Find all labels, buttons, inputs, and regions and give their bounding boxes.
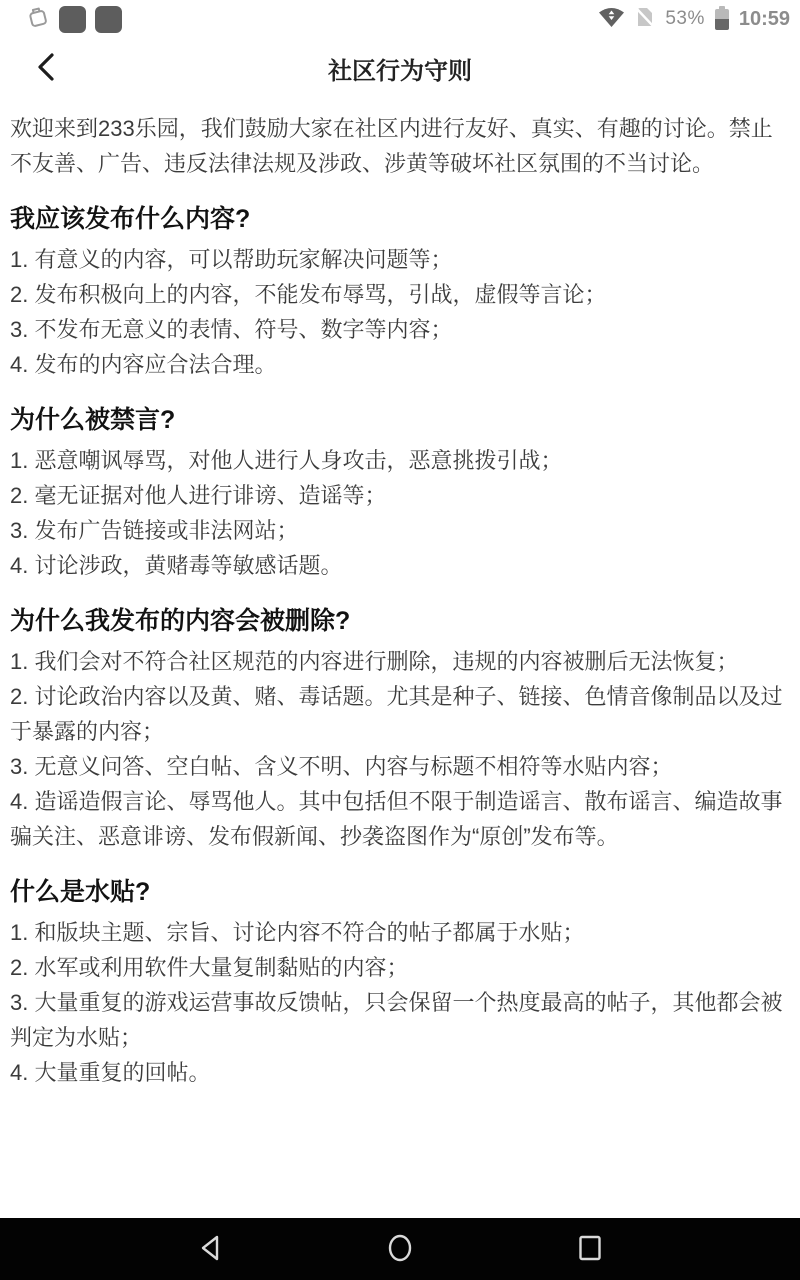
android-recents-button[interactable]: [576, 1235, 604, 1263]
no-sim-icon: [633, 5, 657, 34]
rule-item: 3. 大量重复的游戏运营事故反馈帖，只会保留一个热度最高的帖子，其他都会被判定为…: [10, 985, 790, 1055]
rule-item: 1. 有意义的内容，可以帮助玩家解决问题等；: [10, 242, 790, 277]
section-why-muted: 为什么被禁言? 1. 恶意嘲讽辱骂，对他人进行人身攻击，恶意挑拨引战； 2. 毫…: [10, 403, 790, 583]
page-title: 社区行为守则: [328, 51, 472, 86]
android-back-button[interactable]: [196, 1235, 224, 1263]
rule-item: 2. 讨论政治内容以及黄、赌、毒话题。尤其是种子、链接、色情音像制品以及过于暴露…: [10, 679, 790, 749]
rule-item: 2. 毫无证据对他人进行诽谤、造谣等；: [10, 478, 790, 513]
android-nav-bar: [0, 1218, 800, 1280]
rule-item: 2. 水军或利用软件大量复制黏贴的内容；: [10, 950, 790, 985]
section-heading: 为什么被禁言?: [10, 403, 790, 438]
clipboard-outline-icon: [26, 4, 50, 35]
app-header: 社区行为守则: [0, 36, 800, 100]
intro-paragraph: 欢迎来到233乐园，我们鼓励大家在社区内进行友好、真实、有趣的讨论。禁止不友善、…: [10, 111, 790, 181]
android-back-icon: [198, 1235, 222, 1264]
rule-item: 1. 和版块主题、宗旨、讨论内容不符合的帖子都属于水贴；: [10, 915, 790, 950]
back-arrow-icon: [35, 51, 57, 86]
android-recents-icon: [578, 1234, 602, 1265]
battery-icon: [715, 9, 729, 30]
rules-content: 欢迎来到233乐园，我们鼓励大家在社区内进行友好、真实、有趣的讨论。禁止不友善、…: [0, 100, 800, 1090]
rule-item: 2. 发布积极向上的内容，不能发布辱骂，引战，虚假等言论；: [10, 277, 790, 312]
status-bar: 53% 10:59: [0, 0, 800, 36]
app-notification-icon: [95, 6, 122, 33]
rule-item: 4. 发布的内容应合法合理。: [10, 347, 790, 382]
section-heading: 什么是水贴?: [10, 875, 790, 910]
rule-item: 4. 造谣造假言论、辱骂他人。其中包括但不限于制造谣言、散布谣言、编造故事骗关注…: [10, 784, 790, 854]
wifi-icon: [598, 5, 625, 34]
app-notification-icon: [59, 6, 86, 33]
rule-item: 3. 发布广告链接或非法网站；: [10, 513, 790, 548]
android-home-button[interactable]: [386, 1235, 414, 1263]
rule-item: 3. 无意义问答、空白帖、含义不明、内容与标题不相符等水贴内容；: [10, 749, 790, 784]
battery-percent-label: 53%: [665, 8, 705, 30]
android-home-icon: [388, 1234, 412, 1265]
status-time: 10:59: [739, 8, 790, 31]
status-bar-notifications: [26, 4, 122, 35]
section-what-is-spam: 什么是水贴? 1. 和版块主题、宗旨、讨论内容不符合的帖子都属于水贴； 2. 水…: [10, 875, 790, 1090]
section-heading: 为什么我发布的内容会被删除?: [10, 604, 790, 639]
section-heading: 我应该发布什么内容?: [10, 202, 790, 237]
rule-item: 3. 不发布无意义的表情、符号、数字等内容；: [10, 312, 790, 347]
status-bar-system: 53% 10:59: [598, 5, 790, 34]
section-why-deleted: 为什么我发布的内容会被删除? 1. 我们会对不符合社区规范的内容进行删除，违规的…: [10, 604, 790, 854]
rule-item: 4. 讨论涉政，黄赌毒等敏感话题。: [10, 548, 790, 583]
section-what-to-post: 我应该发布什么内容? 1. 有意义的内容，可以帮助玩家解决问题等； 2. 发布积…: [10, 202, 790, 382]
rule-item: 1. 我们会对不符合社区规范的内容进行删除，违规的内容被删后无法恢复；: [10, 644, 790, 679]
rule-item: 4. 大量重复的回帖。: [10, 1055, 790, 1090]
rule-item: 1. 恶意嘲讽辱骂，对他人进行人身攻击，恶意挑拨引战；: [10, 443, 790, 478]
back-button[interactable]: [28, 50, 64, 86]
